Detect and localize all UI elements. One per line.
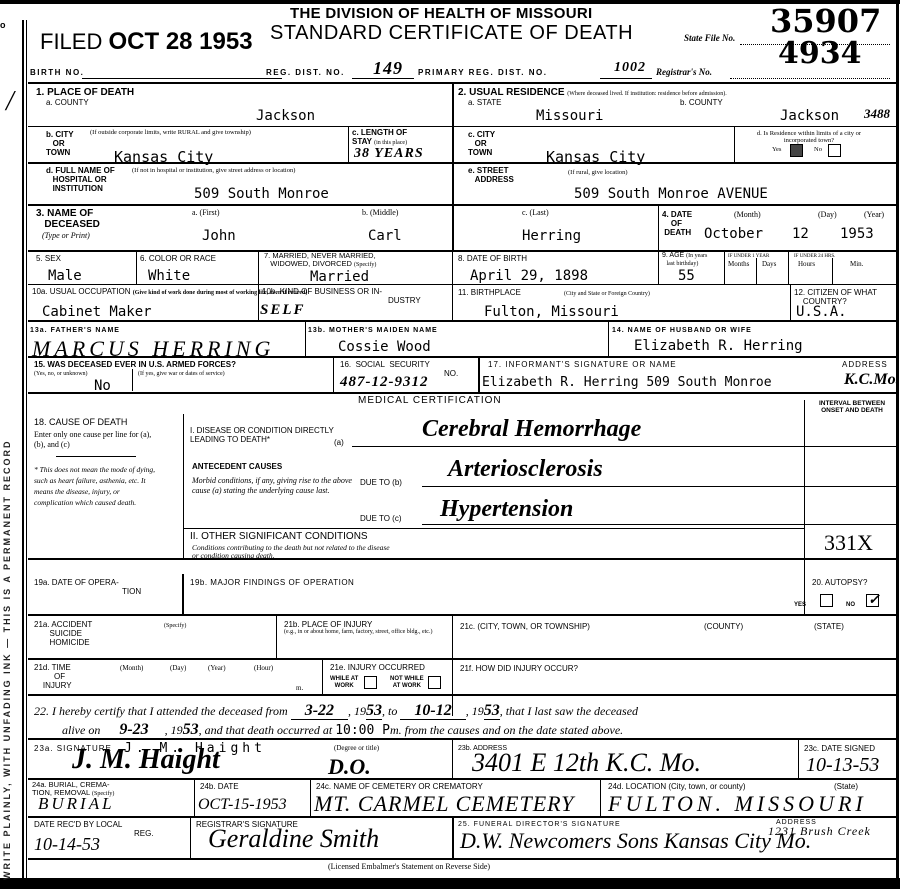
spouse-label: 14. NAME OF HUSBAND OR WIFE: [612, 326, 752, 335]
divider: [804, 524, 896, 525]
res-yes-label: Yes: [772, 145, 781, 155]
state-file-no: 35907: [770, 2, 881, 40]
registrar-signature: Geraldine Smith: [208, 824, 379, 854]
birthplace-note: (City and State or Foreign Country): [564, 290, 650, 299]
divider: [658, 206, 659, 250]
injury-month-label: (Month): [120, 664, 143, 673]
cert-alive-label: alive on: [62, 723, 100, 737]
filed-stamp: FILED OCT 28 1953: [40, 28, 253, 56]
injury-county-label: (COUNTY): [704, 622, 743, 631]
divider: [28, 126, 452, 127]
divider: [28, 356, 896, 358]
race: White: [148, 268, 190, 284]
divider: [724, 250, 725, 284]
cause-c: Hypertension: [440, 496, 573, 523]
cert-time: 10:00 P: [335, 723, 390, 739]
divider: [832, 258, 833, 284]
divider: [352, 446, 804, 447]
interval-label: INTERVAL BETWEEN ONSET AND DEATH: [812, 400, 892, 414]
reg-dist-no: 149: [373, 58, 403, 79]
cert-to-year: 53: [484, 702, 500, 720]
res-street-note: (If rural, give location): [568, 168, 628, 178]
injury-hour-label: (Hour): [254, 664, 273, 673]
cert-from-year-prefix: , 19: [348, 704, 366, 718]
divider: [310, 780, 311, 816]
primary-reg-dist-line: [600, 78, 652, 79]
divider: [452, 818, 454, 858]
place-of-death-label: 1. PLACE OF DEATH: [36, 87, 134, 98]
armed-note-2: (If yes, give war or dates of service): [138, 370, 225, 379]
divider: [28, 284, 896, 285]
informant-city: K.C.Mo.: [844, 371, 900, 389]
business: SELF: [260, 302, 306, 319]
margin-dot: o: [0, 20, 6, 30]
filed-stamp-date: OCT 28 1953: [108, 28, 252, 55]
name-label: 3. NAME OF DECEASED: [36, 208, 100, 230]
divider: [258, 284, 259, 320]
cert-line-2: alive on 9-23, 1953, and that death occu…: [62, 721, 623, 739]
informant-label: 17. INFORMANT'S SIGNATURE OR NAME: [488, 360, 677, 369]
antecedent-label: ANTECEDENT CAUSES: [192, 462, 282, 471]
while-at-work-label: WHILE ATWORK: [330, 676, 358, 690]
injury-how-label: 21f. HOW DID INJURY OCCUR?: [460, 664, 578, 673]
pod-city-label: b. CITY ORTOWN: [46, 130, 74, 157]
res-within-limits-no-checkbox[interactable]: [828, 144, 841, 157]
divider: [258, 250, 259, 284]
due-to-b-label: DUE TO (b): [360, 478, 402, 487]
top-border: [0, 0, 900, 4]
injury-place-note: (e.g., in or about home, farm, factory, …: [284, 629, 474, 636]
dob-label: 8. DATE OF BIRTH: [458, 254, 527, 263]
divider: [756, 258, 757, 284]
occupation-label-text: 10a. USUAL OCCUPATION: [32, 287, 131, 296]
not-while-at-work-label: NOT WHILEAT WORK: [390, 676, 424, 690]
divider: [348, 126, 349, 162]
cause-code: 331X: [824, 530, 873, 556]
divider: [28, 738, 896, 740]
cause-b: Arteriosclerosis: [448, 456, 603, 483]
divider: [452, 250, 453, 320]
birth-no-field: [82, 78, 282, 79]
cert-text-4: m. from the causes and on the date state…: [390, 723, 623, 737]
cert-from-year: 53: [366, 702, 382, 720]
autopsy-label: 20. AUTOPSY?: [812, 578, 867, 587]
line-a-tag: (a): [334, 438, 344, 447]
date-signed-label: 23c. DATE SIGNED: [804, 744, 875, 753]
main-divider: [452, 84, 454, 250]
cert-text-1: 22. I hereby certify that I attended the…: [34, 704, 288, 718]
registration-numbers-row: BIRTH NO. REG. DIST. NO. 149 PRIMARY REG…: [30, 66, 896, 82]
res-within-limits-label: d. Is Residence within limits of a city …: [744, 130, 874, 144]
divider: [422, 524, 804, 525]
race-label: 6. COLOR OR RACE: [140, 254, 216, 263]
date-signed: 10-13-53: [806, 754, 879, 777]
res-county-code: 3488: [864, 106, 890, 122]
divider: [28, 694, 896, 696]
dod-label: 4. DATE OF DEATH: [662, 210, 692, 237]
divider: [322, 660, 323, 694]
burial-date-label: 24b. DATE: [200, 782, 239, 791]
cert-alive-date: 9-23: [103, 721, 164, 739]
cause-footnote: * This does not mean the mode of dying, …: [34, 464, 158, 508]
reg-dist-line: [352, 78, 414, 79]
injury-time-label: 21d. TIME OF INJURY: [34, 663, 72, 690]
divider: [452, 126, 896, 127]
physician-address: 3401 E 12th K.C. Mo.: [472, 748, 701, 778]
cause-of-death-label: 18. CAUSE OF DEATH: [34, 418, 127, 427]
check-mark-icon: ✓: [868, 591, 880, 608]
divider: [28, 614, 896, 616]
state-file-no-label: State File No.: [684, 33, 735, 43]
physician-degree: D.O.: [328, 754, 371, 780]
cert-from-date: 3-22: [291, 702, 348, 720]
min-label: Min.: [850, 260, 863, 269]
res-street: 509 South Monroe AVENUE: [574, 186, 768, 202]
father-label: 13a. FATHER'S NAME: [30, 326, 120, 335]
op-date-label: 19a. DATE OF OPERA-TION: [34, 578, 141, 596]
date-received: 10-14-53: [34, 834, 100, 855]
divider: [333, 358, 334, 392]
divider: [28, 320, 896, 322]
injury-type-note: (Specify): [164, 622, 186, 631]
divider: [658, 250, 659, 284]
cause-a: Cerebral Hemorrhage: [422, 416, 641, 443]
agency-name: THE DIVISION OF HEALTH OF MISSOURI: [290, 5, 592, 22]
cert-alive-year-prefix: , 19: [165, 723, 183, 737]
funeral-director-signature: D.W. Newcomers Sons Kansas City Mo.: [460, 828, 811, 854]
sex-label: 5. SEX: [36, 254, 61, 263]
registrars-no-line: [730, 78, 890, 79]
months-label: Months: [728, 260, 749, 269]
divider: [28, 162, 452, 164]
divider: [276, 616, 277, 658]
divider: [788, 250, 789, 284]
last-label: c. (Last): [522, 208, 549, 217]
divider: [28, 558, 896, 560]
dod-day-label: (Day): [818, 210, 837, 219]
pod-hospital-note: (If not in hospital or institution, give…: [132, 166, 295, 176]
pod-hospital: 509 South Monroe: [194, 186, 329, 202]
left-border-inner: [26, 20, 27, 878]
footer-note: (Licensed Embalmer's Statement on Revers…: [328, 862, 490, 872]
birthplace-label: 11. BIRTHPLACE: [458, 288, 521, 297]
age: 55: [678, 268, 695, 284]
pod-city-note: (If outside corporate limits, write RURA…: [90, 128, 310, 138]
margin-vertical-text: WRITE PLAINLY, WITH UNFADING INK — THIS …: [2, 120, 16, 880]
res-street-label: e. STREET ADDRESS: [468, 166, 514, 184]
injury-year-label: (Year): [208, 664, 226, 673]
divider: [132, 369, 133, 391]
age-label: 9. AGE (In years last birthday): [662, 252, 707, 268]
informant-address-label: ADDRESS: [842, 360, 888, 369]
divider: [136, 250, 137, 284]
citizen: U.S.A.: [796, 304, 847, 320]
res-state: Missouri: [536, 108, 603, 124]
autopsy-no-checkbox[interactable]: ✓: [866, 594, 879, 607]
mother-label: 13b. MOTHER'S MAIDEN NAME: [308, 326, 438, 335]
autopsy-yes-checkbox[interactable]: [820, 594, 833, 607]
primary-reg-dist-no-label: PRIMARY REG. DIST. NO.: [418, 68, 547, 77]
primary-reg-dist-no: 1002: [614, 60, 646, 76]
middle-label: b. (Middle): [362, 208, 398, 217]
pod-hospital-label: d. FULL NAME OF HOSPITAL OR INSTITUTION: [46, 166, 115, 193]
divider: [452, 740, 453, 778]
cemetery: MT. CARMEL CEMETERY: [314, 791, 574, 817]
cert-text-3: , and that death occurred at: [199, 723, 333, 737]
dod-month: October: [704, 226, 763, 242]
divider: [183, 414, 184, 558]
cert-alive-year: 53: [183, 721, 199, 739]
divider: [305, 322, 306, 356]
divider: [28, 392, 896, 394]
dod-year-label: (Year): [864, 210, 884, 219]
certificate-form: 1. PLACE OF DEATH a. COUNTY Jackson b. C…: [28, 82, 896, 880]
pod-stay-label: c. LENGTH OFSTAY (in this place): [352, 128, 407, 148]
cert-text-2: , that I last saw the deceased: [500, 704, 638, 718]
cemetery-label: 24c. NAME OF CEMETERY OR CREMATORY: [316, 782, 483, 791]
filed-stamp-prefix: FILED: [40, 29, 102, 54]
degree-label: (Degree or title): [334, 744, 379, 753]
divider: [28, 658, 896, 660]
registrars-no-label: Registrar's No.: [656, 67, 712, 77]
injury-state-label: (STATE): [814, 622, 844, 631]
autopsy-yes-label: YES: [794, 601, 806, 610]
burial-date: OCT-15-1953: [198, 796, 287, 814]
divider: [798, 740, 799, 778]
cert-to-year-prefix: , 19: [466, 704, 484, 718]
divider: [194, 780, 195, 816]
divider: [804, 400, 805, 558]
dob: April 29, 1898: [470, 268, 588, 284]
divider: [804, 446, 896, 447]
divider: [56, 456, 136, 457]
divider: [790, 284, 791, 320]
spouse: Elizabeth R. Herring: [634, 338, 803, 354]
armed-note-1: (Yes, no, or unknown): [34, 370, 88, 379]
divider: [28, 204, 896, 206]
divider: [600, 780, 601, 816]
dod-year: 1953: [840, 226, 874, 242]
injury-location-label: 21c. (CITY, TOWN, OR TOWNSHIP): [460, 622, 590, 631]
usual-residence-title: 2. USUAL RESIDENCE: [458, 87, 565, 98]
injury-day-label: (Day): [170, 664, 186, 673]
autopsy-no-label: NO: [846, 601, 855, 610]
medical-certification-header: MEDICAL CERTIFICATION: [358, 395, 502, 406]
while-at-work-checkbox[interactable]: [364, 676, 377, 689]
cause-of-death-note: Enter only one cause per line for (a), (…: [34, 430, 158, 450]
cert-line-1: 22. I hereby certify that I attended the…: [34, 702, 638, 720]
op-findings-label: 19b. MAJOR FINDINGS OF OPERATION: [190, 578, 354, 587]
name-note: (Type or Print): [42, 231, 90, 241]
pod-county: Jackson: [256, 108, 315, 124]
pod-stay: 38 YEARS: [354, 146, 424, 162]
divider: [422, 486, 804, 487]
marital-note: (Specify): [354, 262, 376, 268]
other-conditions-label: II. OTHER SIGNIFICANT CONDITIONS: [190, 532, 368, 541]
birth-no-label: BIRTH NO.: [30, 68, 84, 77]
days-label: Days: [762, 260, 776, 269]
birthplace: Fulton, Missouri: [484, 304, 619, 320]
injury-type-label: 21a. ACCIDENT SUICIDE HOMICIDE: [34, 620, 92, 647]
burial-location: FULTON. MISSOURI: [608, 791, 867, 817]
divider: [183, 528, 804, 529]
middle-name: Carl: [368, 228, 402, 244]
sex: Male: [48, 268, 82, 284]
reg-dist-no-label: REG. DIST. NO.: [266, 68, 345, 77]
disposition: BURIAL: [38, 794, 115, 814]
dod-day: 12: [792, 226, 809, 242]
not-while-at-work-checkbox[interactable]: [428, 676, 441, 689]
antecedent-note: Morbid conditions, if any, giving rise t…: [192, 476, 352, 496]
hours-label: Hours: [798, 260, 815, 269]
mother: Cossie Wood: [338, 339, 431, 355]
cert-to-word: , to: [382, 704, 397, 718]
due-to-c-label: DUE TO (c): [360, 514, 401, 523]
usual-residence-note: (Where deceased lived. If institution: r…: [567, 91, 726, 97]
res-county-label: b. COUNTY: [680, 98, 723, 107]
injury-occurred-label: 21e. INJURY OCCURRED: [330, 663, 425, 672]
divider: [28, 858, 896, 860]
divider: [28, 816, 896, 818]
divider: [452, 616, 453, 716]
burial-location-state-label: (State): [834, 782, 858, 791]
informant: Elizabeth R. Herring 509 South Monroe: [482, 375, 772, 391]
page-title: STANDARD CERTIFICATE OF DEATH: [270, 22, 633, 45]
injury-m-label: m.: [296, 684, 303, 693]
res-state-label: a. STATE: [468, 98, 502, 107]
divider: [190, 818, 191, 858]
injury-place-label: 21b. PLACE OF INJURY: [284, 620, 372, 629]
occupation: Cabinet Maker: [42, 304, 152, 320]
burial-location-label: 24d. LOCATION (City, town, or county): [608, 782, 746, 791]
divider: [608, 322, 609, 356]
margin-mark: /: [6, 86, 14, 118]
pod-county-label: a. COUNTY: [46, 98, 89, 107]
last-name: Herring: [522, 228, 581, 244]
marital: Married: [310, 269, 369, 285]
divider: [182, 574, 184, 614]
first-name: John: [202, 228, 236, 244]
armed-label: 15. WAS DECEASED EVER IN U.S. ARMED FORC…: [34, 360, 236, 369]
dod-month-label: (Month): [734, 210, 761, 219]
ssn: 487-12-9312: [340, 374, 429, 391]
divider: [452, 162, 896, 164]
divider: [804, 486, 896, 487]
marital-label: 7. MARRIED, NEVER MARRIED, WIDOWED, DIVO…: [264, 252, 376, 269]
res-city-label: c. CITY ORTOWN: [468, 130, 495, 157]
cert-to-date: 10-12: [400, 702, 465, 720]
res-county: Jackson: [780, 108, 839, 124]
res-no-label: No: [814, 145, 822, 155]
right-border: [896, 0, 899, 889]
divider: [28, 778, 896, 780]
father: MARCUS HERRING: [32, 336, 274, 362]
physician-signature: J. M. Haight: [72, 744, 220, 776]
first-label: a. (First): [192, 208, 220, 217]
left-border: [22, 20, 24, 878]
divider: [734, 126, 735, 162]
res-within-limits-yes-checkbox[interactable]: [790, 144, 803, 157]
divider: [478, 358, 480, 392]
